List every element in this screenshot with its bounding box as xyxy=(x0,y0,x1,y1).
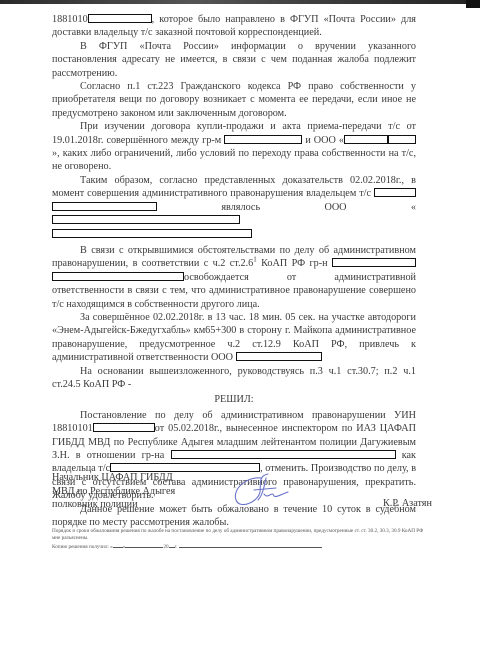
footnote-rights-text: Порядок и сроки обжалования решения по ж… xyxy=(52,528,432,542)
signer-name: К.Р. Азатян xyxy=(383,498,432,509)
paragraph-text: За совершённое 02.02.2018г. в 13 час. 18… xyxy=(52,312,416,363)
redaction-box xyxy=(52,215,240,224)
redaction-box xyxy=(88,14,152,23)
year-suffix: г. xyxy=(175,544,178,550)
signer-position-line1: Начальник ЦАФАП ГИБДД xyxy=(52,471,175,485)
uin-prefix: 1881010 xyxy=(52,14,88,25)
paragraph-3: Согласно п.1 ст.223 Гражданского кодекса… xyxy=(52,80,416,120)
paragraph-5: Таким образом, согласно представленных д… xyxy=(52,174,416,241)
paragraph-text: », каких либо ограничений, либо условий … xyxy=(52,148,416,172)
document-body: 1881010, которое было направлено в ФГУП … xyxy=(52,13,416,529)
paragraph-text: являлось ООО « xyxy=(157,202,416,213)
signature-block: Начальник ЦАФАП ГИБДД МВД по Республике … xyxy=(52,471,175,512)
paragraph-7: За совершённое 02.02.2018г. в 13 час. 18… xyxy=(52,311,416,365)
footnote: Порядок и сроки обжалования решения по ж… xyxy=(52,528,432,551)
handwritten-signature-icon xyxy=(228,470,298,510)
redaction-box xyxy=(224,135,302,144)
paragraph-8: На основании вышеизложенного, руководств… xyxy=(52,365,416,392)
redaction-box xyxy=(52,229,252,238)
paragraph-text: КоАП РФ гр-н xyxy=(257,258,332,269)
redaction-box xyxy=(171,450,396,459)
day-field[interactable] xyxy=(113,542,123,548)
redaction-box xyxy=(52,202,157,211)
redaction-box xyxy=(388,135,416,144)
paragraph-4: При изучении договора купли-продажи и ак… xyxy=(52,120,416,174)
scan-top-edge xyxy=(0,0,480,4)
redaction-box xyxy=(52,272,184,281)
paragraph-text: и ООО « xyxy=(302,135,344,146)
redaction-box xyxy=(332,258,416,267)
signer-rank: полковник полиции xyxy=(52,498,175,512)
footnote-receipt-line: Копию решения получил: «»20г. xyxy=(52,542,432,551)
signer-position-line2: МВД по Республике Адыгея xyxy=(52,485,175,499)
paragraph-2: В ФГУП «Почта России» информации о вруче… xyxy=(52,40,416,80)
redaction-box xyxy=(236,352,322,361)
paragraph-6: В связи с открывшимися обстоятельствами … xyxy=(52,244,416,311)
month-field[interactable] xyxy=(125,542,163,548)
redaction-box xyxy=(93,423,155,432)
redaction-box xyxy=(344,135,388,144)
paragraph-1: 1881010, которое было направлено в ФГУП … xyxy=(52,13,416,40)
paragraph-text: Таким образом, согласно представленных д… xyxy=(52,175,416,199)
decision-heading: РЕШИЛ: xyxy=(52,393,416,406)
signature-field[interactable] xyxy=(179,542,322,548)
redaction-box xyxy=(374,188,416,197)
receipt-label: Копию решения получил: « xyxy=(52,544,113,550)
scan-corner-mark xyxy=(466,0,480,8)
